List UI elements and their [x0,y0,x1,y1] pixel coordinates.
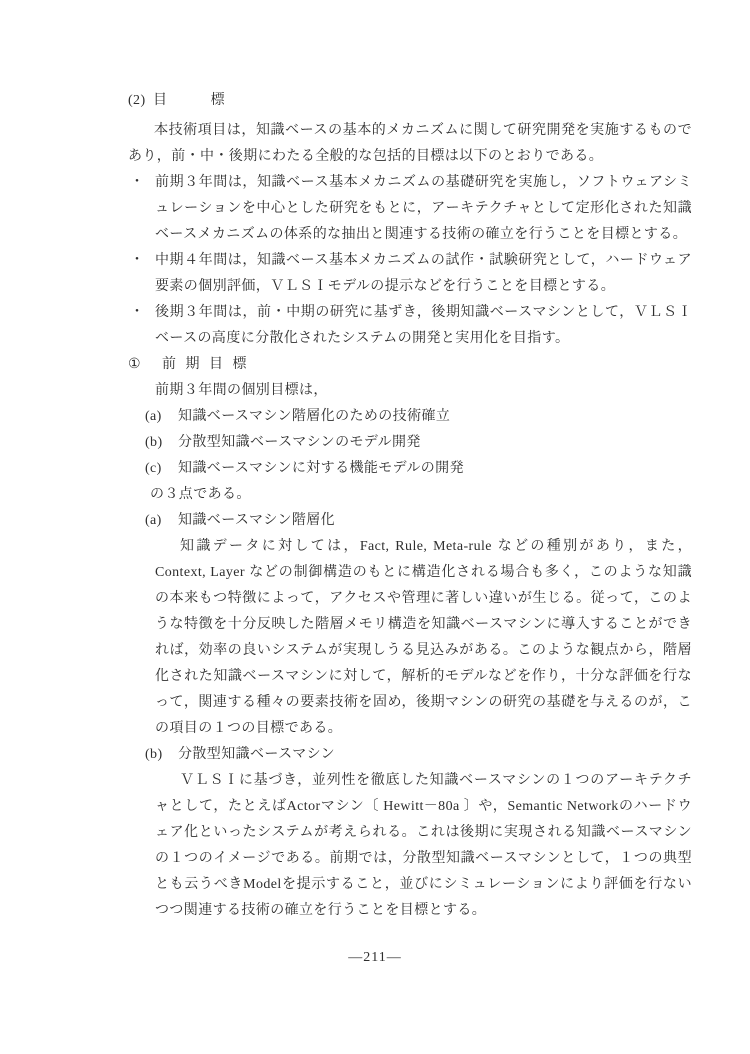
bullet-marker: ・ [130,248,144,274]
goal-item-text: 知識ベースマシン階層化のための技術確立 [178,404,692,430]
bullet-marker: ・ [130,170,144,196]
circled-one-marker: ① [128,352,162,378]
goal-item-text: 分散型知識ベースマシンのモデル開発 [178,430,692,456]
subsection-title: 分散型知識ベースマシン [178,742,692,768]
goal-item-c: (c) 知識ベースマシンに対する機能モデルの開発 [128,456,692,482]
subsection-heading-early-goals: ① 前 期 目 標 [128,352,692,378]
subsection-b-heading: (b) 分散型知識ベースマシン [128,742,692,768]
bullet-item-early-phase: ・ 前期３年間は，知識ベース基本メカニズムの基礎研究を実施し，ソフトウェアシミュ… [128,170,692,248]
goal-item-label: (c) [145,456,178,482]
bullet-item-middle-phase: ・ 中期４年間は，知識ベース基本メカニズムの試作・試験研究として，ハードウェア要… [128,248,692,300]
subsection-a-heading: (a) 知識ベースマシン階層化 [128,508,692,534]
goals-lead-line: 前期３年間の個別目標は， [128,378,692,404]
scanned-document-page: (2) 目 標 本技術項目は，知識ベースの基本的メカニズムに関して研究開発を実施… [0,0,750,1054]
bullet-text: 後期３年間は，前・中期の研究に基ずき，後期知識ベースマシンとして，ＶＬＳＩベース… [155,305,692,346]
page-number: —211— [0,950,750,966]
bullet-text: 中期４年間は，知識ベース基本メカニズムの試作・試験研究として，ハードウェア要素の… [155,253,692,294]
bullet-item-late-phase: ・ 後期３年間は，前・中期の研究に基ずき，後期知識ベースマシンとして，ＶＬＳＩベ… [128,300,692,352]
section-heading: (2) 目 標 [128,88,692,114]
subsection-title: 前 期 目 標 [162,352,692,378]
document-content: (2) 目 標 本技術項目は，知識ベースの基本的メカニズムに関して研究開発を実施… [128,88,692,924]
heading-title: 目 標 [153,88,692,114]
subsection-label: (a) [145,508,178,534]
bullet-text: 前期３年間は，知識ベース基本メカニズムの基礎研究を実施し，ソフトウェアシミュレー… [155,175,692,242]
bullet-marker: ・ [130,300,144,326]
goal-item-label: (b) [145,430,178,456]
subsection-label: (b) [145,742,178,768]
heading-number: (2) [128,88,153,114]
subsection-a-body: 知識データに対しては，Fact, Rule, Meta-rule などの種別があ… [155,534,692,742]
goals-closing-line: の３点である。 [128,482,692,508]
goal-item-label: (a) [145,404,178,430]
subsection-title: 知識ベースマシン階層化 [178,508,692,534]
subsection-b-body: ＶＬＳＩに基づき，並列性を徹底した知識ベースマシンの１つのアーキテクチャとして，… [155,768,692,924]
intro-paragraph: 本技術項目は，知識ベースの基本的メカニズムに関して研究開発を実施するものであり，… [128,118,692,170]
goal-item-text: 知識ベースマシンに対する機能モデルの開発 [178,456,692,482]
goal-item-b: (b) 分散型知識ベースマシンのモデル開発 [128,430,692,456]
goal-item-a: (a) 知識ベースマシン階層化のための技術確立 [128,404,692,430]
